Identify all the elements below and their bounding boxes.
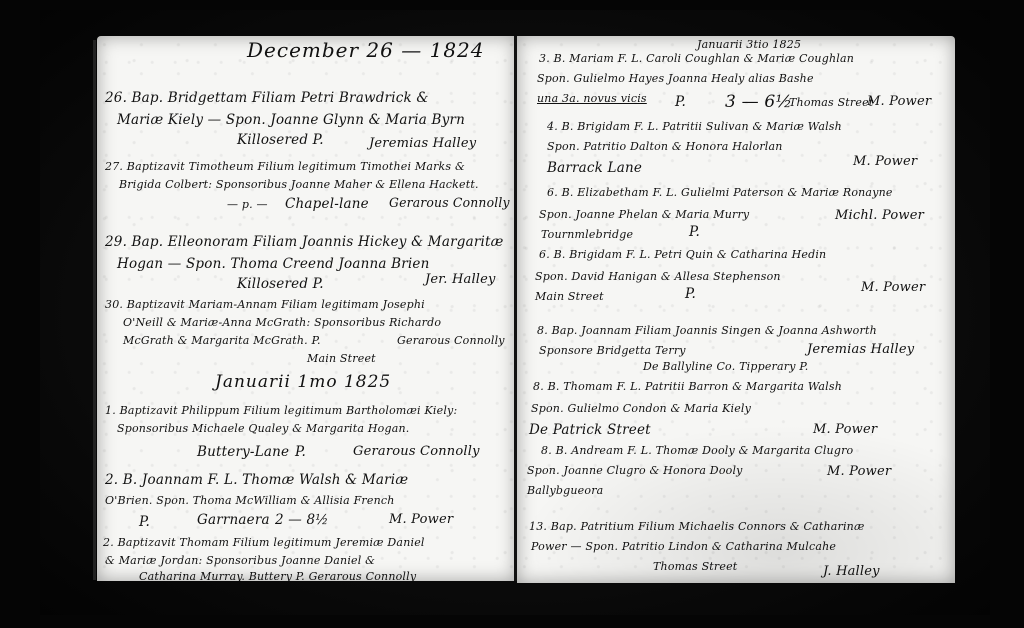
entry-address: De Ballyline Co. Tipperary P. bbox=[643, 360, 808, 373]
priest-signature: Michl. Power bbox=[835, 208, 924, 223]
entry-line: Spon. Patritio Dalton & Honora Halorlan bbox=[547, 140, 783, 153]
priest-signature: M. Power bbox=[813, 422, 877, 437]
entry-line: 3. B. Mariam F. L. Caroli Coughlan & Mar… bbox=[539, 52, 854, 65]
entry-line: Spon. Joanne Phelan & Maria Murry bbox=[539, 208, 749, 221]
entry-line: 2. Baptizavit Thomam Filium legitimum Je… bbox=[103, 536, 425, 549]
section-date-heading: Januarii 1mo 1825 bbox=[215, 372, 391, 392]
entry-line: Killosered P. bbox=[237, 276, 324, 292]
entry-line: Spon. Gulielmo Hayes Joanna Healy alias … bbox=[537, 72, 814, 85]
page-header-date: Januarii 3tio 1825 bbox=[697, 38, 801, 51]
parish-mark: P. bbox=[675, 94, 686, 110]
entry-line: Spon. Gulielmo Condon & Maria Kiely bbox=[531, 402, 751, 415]
entry-address: Thomas Street bbox=[789, 96, 873, 109]
entry-line: 6. B. Brigidam F. L. Petri Quin & Cathar… bbox=[539, 248, 826, 261]
entry-line: 8. Bap. Joannam Filiam Joannis Singen & … bbox=[537, 324, 877, 337]
entry-address: Main Street bbox=[535, 290, 604, 303]
entry-line: 4. B. Brigidam F. L. Patritii Sulivan & … bbox=[547, 120, 842, 133]
priest-signature: Jer. Halley bbox=[425, 272, 496, 287]
entry-line: O'Neill & Mariæ-Anna McGrath: Sponsoribu… bbox=[123, 316, 441, 329]
entry-line: 26. Bap. Bridgettam Filiam Petri Brawdri… bbox=[105, 90, 429, 106]
entry-line: McGrath & Margarita McGrath. P. bbox=[123, 334, 321, 347]
priest-signature: Gerarous Connolly bbox=[397, 334, 505, 347]
entry-line: Killosered P. bbox=[237, 132, 324, 148]
book-edge bbox=[93, 40, 96, 580]
entry-note: una 3a. novus vicis bbox=[537, 92, 647, 105]
entry-line: 6. B. Elizabetham F. L. Gulielmi Paterso… bbox=[547, 186, 893, 199]
entry-line: Mariæ Kiely — Spon. Joanne Glynn & Maria… bbox=[117, 112, 465, 128]
entry-line: Sponsoribus Michaele Qualey & Margarita … bbox=[117, 422, 409, 435]
entry-line: 8. B. Andream F. L. Thomæ Dooly & Margar… bbox=[541, 444, 853, 457]
priest-signature: Gerarous Connolly bbox=[389, 196, 510, 211]
entry-line: 13. Bap. Patritium Filium Michaelis Conn… bbox=[529, 520, 865, 533]
entry-line: — p. — bbox=[227, 198, 268, 211]
entry-line: Power — Spon. Patritio Lindon & Catharin… bbox=[531, 540, 836, 553]
entry-line: 29. Bap. Elleonoram Filiam Joannis Hicke… bbox=[105, 234, 504, 250]
priest-signature: M. Power bbox=[389, 512, 453, 527]
entry-line: Spon. Joanne Clugro & Honora Dooly bbox=[527, 464, 743, 477]
priest-signature: Gerarous Connolly bbox=[353, 444, 480, 459]
entry-address: Garrnaera bbox=[197, 512, 270, 528]
entry-address: Barrack Lane bbox=[547, 160, 642, 176]
page-header-date: December 26 — 1824 bbox=[247, 38, 485, 62]
priest-signature: M. Power bbox=[867, 94, 931, 109]
entry-line: 30. Baptizavit Mariam-Annam Filiam legit… bbox=[105, 298, 425, 311]
entry-line: 27. Baptizavit Timotheum Filium legitimu… bbox=[105, 160, 465, 173]
entry-line: Spon. David Hanigan & Allesa Stephenson bbox=[535, 270, 781, 283]
priest-signature: M. Power bbox=[827, 464, 891, 479]
entry-line: Hogan — Spon. Thoma Creend Joanna Brien bbox=[117, 256, 430, 272]
priest-signature: M. Power bbox=[861, 280, 925, 295]
entry-address: Tournmlebridge bbox=[541, 228, 633, 241]
priest-signature: J. Halley bbox=[823, 564, 880, 579]
entry-address: Chapel-lane bbox=[285, 196, 369, 212]
entry-line: Brigida Colbert: Sponsoribus Joanne Mahe… bbox=[119, 178, 479, 191]
parish-mark: P. bbox=[685, 286, 696, 302]
priest-signature: Jeremias Halley bbox=[807, 342, 914, 357]
entry-address: Thomas Street bbox=[653, 560, 737, 573]
parish-mark: P. bbox=[139, 514, 150, 530]
entry-line: & Mariæ Jordan: Sponsoribus Joanne Danie… bbox=[105, 554, 375, 567]
priest-signature: M. Power bbox=[853, 154, 917, 169]
entry-line: Sponsore Bridgetta Terry bbox=[539, 344, 686, 357]
entry-line: 8. B. Thomam F. L. Patritii Barron & Mar… bbox=[533, 380, 842, 393]
right-page: Januarii 3tio 1825 3. B. Mariam F. L. Ca… bbox=[517, 36, 955, 583]
entry-address: Ballybgueora bbox=[527, 484, 603, 497]
fee-amount: 2 — 8½ bbox=[275, 512, 329, 528]
fee-amount: 3 — 6½ bbox=[725, 92, 792, 112]
left-page: December 26 — 1824 26. Bap. Bridgettam F… bbox=[97, 36, 516, 581]
entry-address: De Patrick Street bbox=[529, 422, 651, 438]
entry-line: 2. B. Joannam F. L. Thomæ Walsh & Mariæ bbox=[105, 472, 408, 488]
entry-line: Catharina Murray. Buttery P. Gerarous Co… bbox=[139, 570, 416, 581]
priest-signature: Jeremias Halley bbox=[369, 136, 476, 151]
parish-mark: P. bbox=[295, 444, 306, 460]
entry-line: 1. Baptizavit Philippum Filium legitimum… bbox=[105, 404, 457, 417]
parish-mark: P. bbox=[689, 224, 700, 240]
entry-line: O'Brien. Spon. Thoma McWilliam & Allisia… bbox=[105, 494, 395, 507]
entry-address: Buttery-Lane bbox=[197, 444, 289, 460]
entry-address: Main Street bbox=[307, 352, 376, 365]
